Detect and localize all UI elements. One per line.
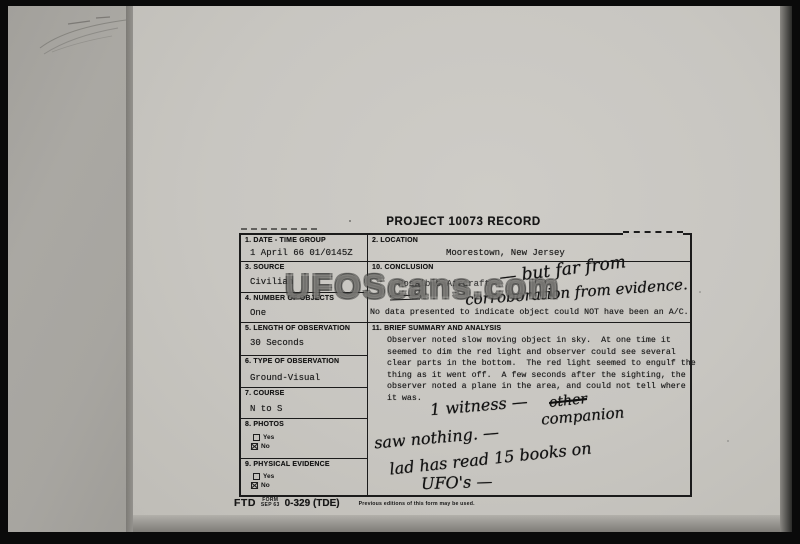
form-footnote: Previous editions of this form may be us… (359, 501, 475, 509)
field-value: Ground-Visual (250, 373, 320, 383)
scanned-document: { "scan": { "watermark": "UFOScans.com" … (0, 0, 800, 544)
conclusion-typed-note: No data presented to indicate object cou… (370, 308, 689, 317)
field-source: 3. SOURCE Civilian (241, 262, 368, 293)
document-page: PROJECT 10073 RECORD 1. DATE - TIME GROU… (133, 6, 780, 515)
adjacent-page-edge (8, 6, 126, 532)
field-conclusion: 10. CONCLUSION Possible Aircraft — but f… (368, 262, 690, 323)
form-number: 0-329 (TDE) (285, 498, 340, 509)
field-length-of-observation: 5. LENGTH OF OBSERVATION 30 Seconds (241, 323, 368, 356)
project-record-form: 1. DATE - TIME GROUP 1 April 66 01/0145Z… (239, 233, 692, 497)
field-label: 11. BRIEF SUMMARY AND ANALYSIS (372, 325, 501, 332)
summary-typed-text: Observer noted slow moving object in sky… (387, 335, 687, 405)
checkbox-checked-icon (251, 482, 258, 489)
field-photos: 8. PHOTOS Yes No (241, 419, 368, 459)
field-physical-evidence: 9. PHYSICAL EVIDENCE Yes No (241, 459, 368, 495)
field-label: 4. NUMBER OF OBJECTS (245, 295, 334, 302)
page-fold-seam (126, 6, 133, 532)
field-brief-summary: 11. BRIEF SUMMARY AND ANALYSIS Observer … (368, 323, 690, 495)
field-label: 6. TYPE OF OBSERVATION (245, 358, 339, 365)
field-value: N to S (250, 404, 282, 414)
dashed-border-segment (623, 231, 683, 238)
field-number-of-objects: 4. NUMBER OF OBJECTS One (241, 293, 368, 323)
checkbox-label: No (261, 443, 270, 450)
field-location: 2. LOCATION Moorestown, New Jersey (368, 235, 690, 262)
page-right-shadow (780, 6, 792, 532)
handwritten-note: corroboration from evidence. (465, 275, 689, 309)
checkbox-unchecked-icon (253, 473, 260, 480)
field-course: 7. COURSE N to S (241, 388, 368, 419)
handwritten-saw-nothing-note: saw nothing. — (373, 423, 499, 453)
checkbox-checked-icon (251, 443, 258, 450)
form-org: FTD (234, 497, 256, 509)
field-value: 1 April 66 01/0145Z (250, 248, 353, 258)
physical-evidence-no-option: No (251, 482, 270, 489)
crease-marks (38, 14, 130, 56)
conclusion-typed-value: Possible Aircraft (398, 279, 490, 289)
field-label: 1. DATE - TIME GROUP (245, 237, 326, 244)
checkbox-label: No (261, 482, 270, 489)
field-value: One (250, 308, 266, 318)
handwritten-double-underline (390, 294, 420, 300)
physical-evidence-yes-option: Yes (253, 473, 274, 480)
field-label: 10. CONCLUSION (372, 264, 434, 271)
field-label: 8. PHOTOS (245, 421, 284, 428)
field-date-time-group: 1. DATE - TIME GROUP 1 April 66 01/0145Z (241, 235, 368, 262)
form-date: SEP 63 (261, 503, 280, 508)
field-label: 9. PHYSICAL EVIDENCE (245, 461, 330, 468)
page-bottom-shadow (133, 515, 780, 532)
checkbox-label: Yes (263, 473, 274, 480)
field-value: Moorestown, New Jersey (446, 248, 565, 258)
form-edition-stack: FORM SEP 63 (261, 498, 280, 509)
field-label: 2. LOCATION (372, 237, 418, 244)
field-label: 3. SOURCE (245, 264, 285, 271)
field-value: Civilian (250, 277, 293, 287)
form-footer: FTD FORM SEP 63 0-329 (TDE) Previous edi… (234, 497, 475, 509)
field-label: 7. COURSE (245, 390, 285, 397)
document-title: PROJECT 10073 RECORD (239, 216, 688, 228)
photos-no-option: No (251, 443, 270, 450)
field-value: 30 Seconds (250, 338, 304, 348)
checkbox-unchecked-icon (253, 434, 260, 441)
field-type-of-observation: 6. TYPE OF OBSERVATION Ground-Visual (241, 356, 368, 388)
photos-yes-option: Yes (253, 434, 274, 441)
scan-speck (727, 440, 729, 442)
dashed-line-fragment (241, 228, 317, 230)
handwritten-ufos-note: UFO's — (421, 472, 493, 493)
checkbox-label: Yes (263, 434, 274, 441)
scan-speck (699, 291, 701, 293)
field-label: 5. LENGTH OF OBSERVATION (245, 325, 350, 332)
